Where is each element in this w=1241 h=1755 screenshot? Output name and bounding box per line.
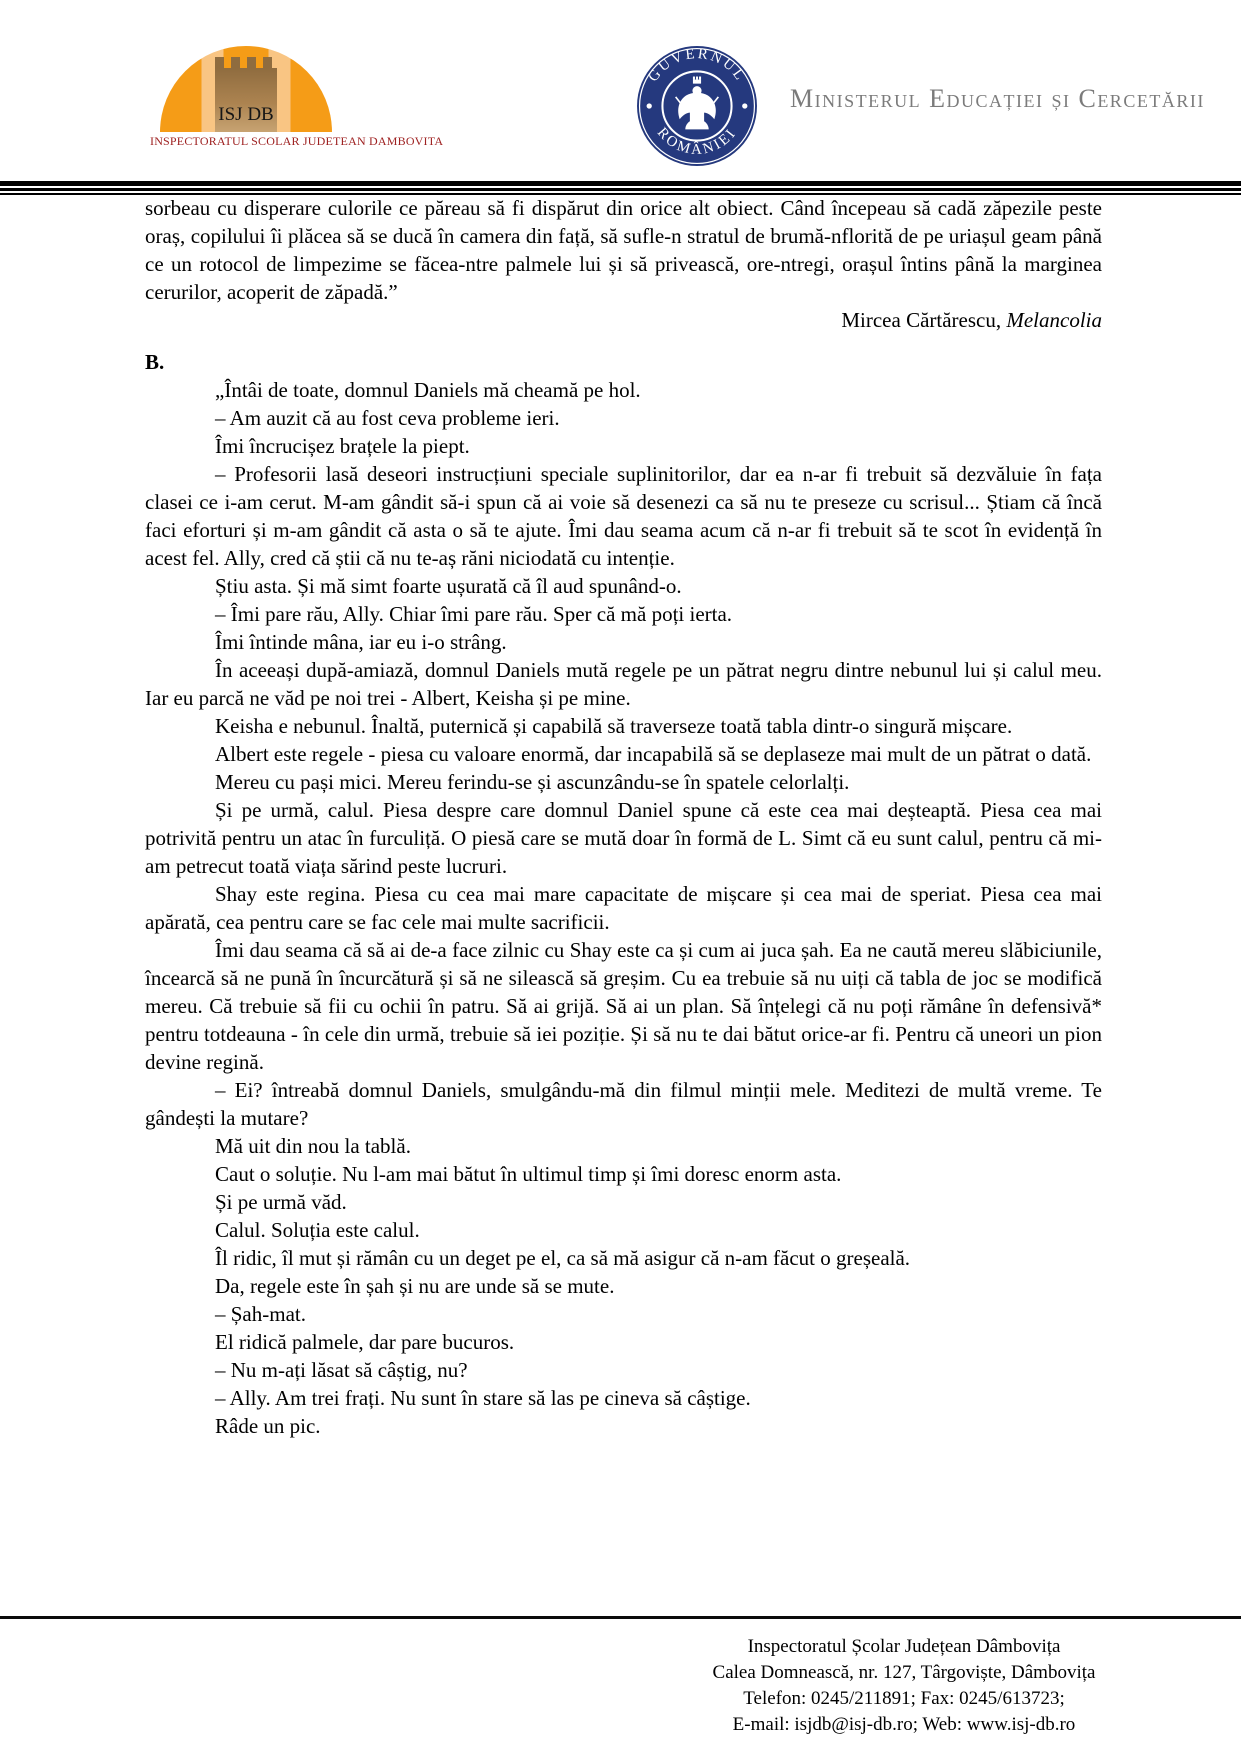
footer-line: Telefon: 0245/211891; Fax: 0245/613723; — [698, 1686, 1110, 1712]
paragraph: – Nu m-ați lăsat să câștig, nu? — [145, 1356, 1102, 1384]
isj-caption: INSPECTORATUL SCOLAR JUDETEAN DAMBOVITA — [150, 135, 342, 148]
paragraph: – Ei? întreabă domnul Daniels, smulgându… — [145, 1076, 1102, 1132]
paragraph: Și pe urmă văd. — [145, 1188, 1102, 1216]
isj-tower-shape: ISJ DB — [215, 68, 277, 132]
footer-contact-block: Inspectoratul Școlar Județean DâmbovițaC… — [698, 1634, 1110, 1738]
footer-separator-rule — [0, 1616, 1241, 1619]
author-name: Mircea Cărtărescu, — [841, 308, 1006, 332]
page: { "header": { "isj_logo": { "tower_text"… — [0, 0, 1241, 1755]
paragraph: – Profesorii lasă deseori instrucțiuni s… — [145, 460, 1102, 572]
paragraph: El ridică palmele, dar pare bucuros. — [145, 1328, 1102, 1356]
paragraph: Da, regele este în șah și nu are unde să… — [145, 1272, 1102, 1300]
paragraph: – Șah-mat. — [145, 1300, 1102, 1328]
header-separator-rule — [0, 181, 1241, 195]
isj-dome-shape: ISJ DB — [160, 46, 332, 132]
attribution: Mircea Cărtărescu, Melancolia — [145, 306, 1102, 334]
paragraph: În aceeași după-amiază, domnul Daniels m… — [145, 656, 1102, 712]
paragraph: Știu asta. Și mă simt foarte ușurată că … — [145, 572, 1102, 600]
work-title: Melancolia — [1006, 308, 1102, 332]
intro-paragraph: sorbeau cu disperare culorile ce păreau … — [145, 194, 1102, 306]
isj-tower-label: ISJ DB — [218, 105, 273, 124]
paragraph: Îmi dau seama că să ai de-a face zilnic … — [145, 936, 1102, 1076]
paragraph: Râde un pic. — [145, 1412, 1102, 1440]
paragraph: Mă uit din nou la tablă. — [145, 1132, 1102, 1160]
footer-line: Inspectoratul Școlar Județean Dâmbovița — [698, 1634, 1110, 1660]
ministry-label: Ministerul Educației și Cercetării — [790, 84, 1205, 114]
government-of-romania-seal-icon: GUVERNUL ROMÂNIEI — [636, 45, 758, 167]
paragraph: Caut o soluție. Nu l-am mai bătut în ult… — [145, 1160, 1102, 1188]
paragraph: – Ally. Am trei frați. Nu sunt în stare … — [145, 1384, 1102, 1412]
footer-line: Calea Domnească, nr. 127, Târgoviște, Dâ… — [698, 1660, 1110, 1686]
section-label: B. — [145, 348, 1102, 376]
isj-battlement-shape — [215, 57, 277, 68]
footer-line: E-mail: isjdb@isj-db.ro; Web: www.isj-db… — [698, 1712, 1110, 1738]
paragraph: Shay este regina. Piesa cu cea mai mare … — [145, 880, 1102, 936]
paragraph: Îmi întinde mâna, iar eu i-o strâng. — [145, 628, 1102, 656]
paragraph: Keisha e nebunul. Înaltă, puternică și c… — [145, 712, 1102, 740]
isj-db-logo: ISJ DB INSPECTORATUL SCOLAR JUDETEAN DAM… — [150, 46, 342, 148]
paragraph: – Îmi pare rău, Ally. Chiar îmi pare rău… — [145, 600, 1102, 628]
paragraph: Îmi încrucișez brațele la piept. — [145, 432, 1102, 460]
paragraph: Calul. Soluția este calul. — [145, 1216, 1102, 1244]
paragraph: Mereu cu pași mici. Mereu ferindu-se și … — [145, 768, 1102, 796]
paragraph: Și pe urmă, calul. Piesa despre care dom… — [145, 796, 1102, 880]
document-body: sorbeau cu disperare culorile ce păreau … — [145, 194, 1102, 1440]
paragraph: „Întâi de toate, domnul Daniels mă cheam… — [145, 376, 1102, 404]
paragraph: Îl ridic, îl mut și rămân cu un deget pe… — [145, 1244, 1102, 1272]
paragraph: Albert este regele - piesa cu valoare en… — [145, 740, 1102, 768]
section-b-paragraphs: „Întâi de toate, domnul Daniels mă cheam… — [145, 376, 1102, 1440]
paragraph: – Am auzit că au fost ceva probleme ieri… — [145, 404, 1102, 432]
